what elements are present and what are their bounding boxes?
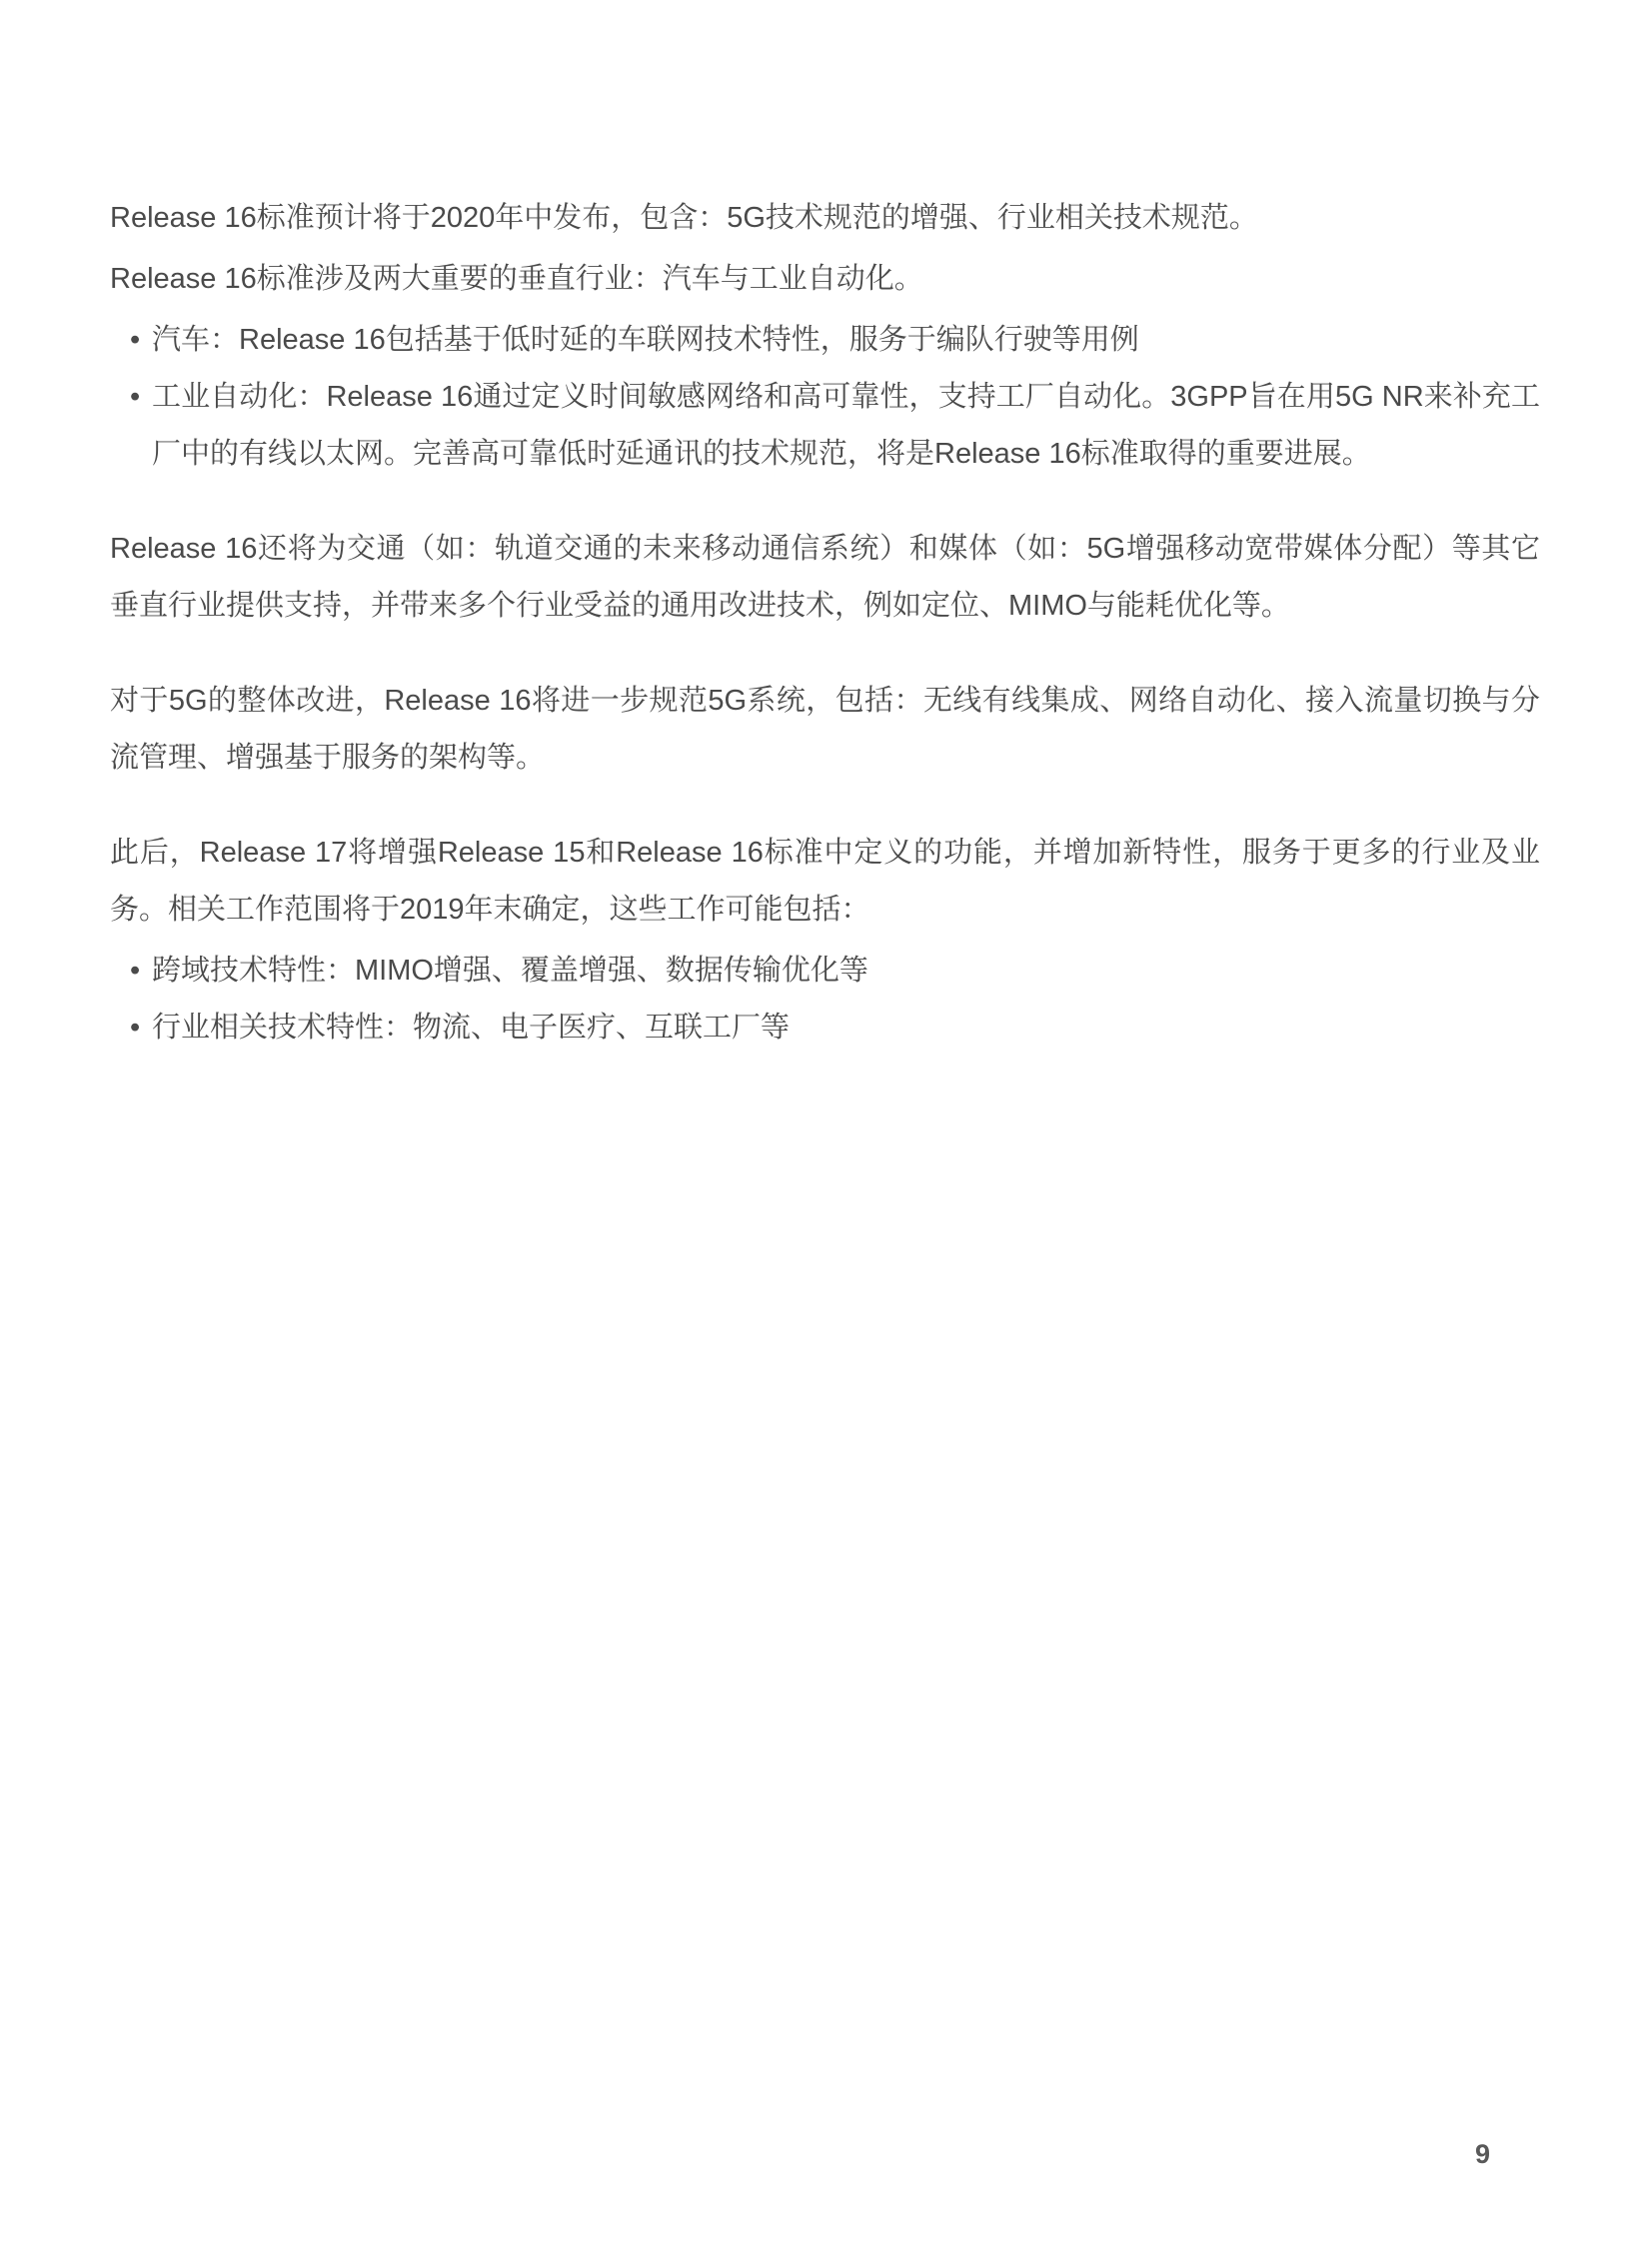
release16-vertical-bullet-list: 汽车：Release 16包括基于低时延的车联网技术特性，服务于编队行驶等用例 … [110,312,1540,483]
bullet-cross-domain-features: 跨域技术特性：MIMO增强、覆盖增强、数据传输优化等 [110,943,1540,1000]
bullet-industrial-automation: 工业自动化：Release 16通过定义时间敏感网络和高可靠性，支持工厂自动化。… [110,369,1540,483]
document-page: Release 16标准预计将于2020年中发布，包含：5G技术规范的增强、行业… [0,0,1652,2244]
bullet-industry-features: 行业相关技术特性：物流、电子医疗、互联工厂等 [110,1000,1540,1057]
release17-scope-bullet-list: 跨域技术特性：MIMO增强、覆盖增强、数据传输优化等 行业相关技术特性：物流、电… [110,943,1540,1057]
document-body: Release 16标准预计将于2020年中发布，包含：5G技术规范的增强、行业… [110,190,1540,1057]
page-number: 9 [1475,2139,1490,2170]
para-release17-outlook: 此后，Release 17将增强Release 15和Release 16标准中… [110,825,1540,939]
para-release16-other-verticals: Release 16还将为交通（如：轨道交通的未来移动通信系统）和媒体（如：5G… [110,521,1540,635]
para-release16-vertical-industries: Release 16标准涉及两大重要的垂直行业：汽车与工业自动化。 [110,251,1540,308]
bullet-automotive: 汽车：Release 16包括基于低时延的车联网技术特性，服务于编队行驶等用例 [110,312,1540,369]
para-release16-publish-date: Release 16标准预计将于2020年中发布，包含：5G技术规范的增强、行业… [110,190,1540,247]
para-release16-5g-improvements: 对于5G的整体改进，Release 16将进一步规范5G系统，包括：无线有线集成… [110,673,1540,787]
